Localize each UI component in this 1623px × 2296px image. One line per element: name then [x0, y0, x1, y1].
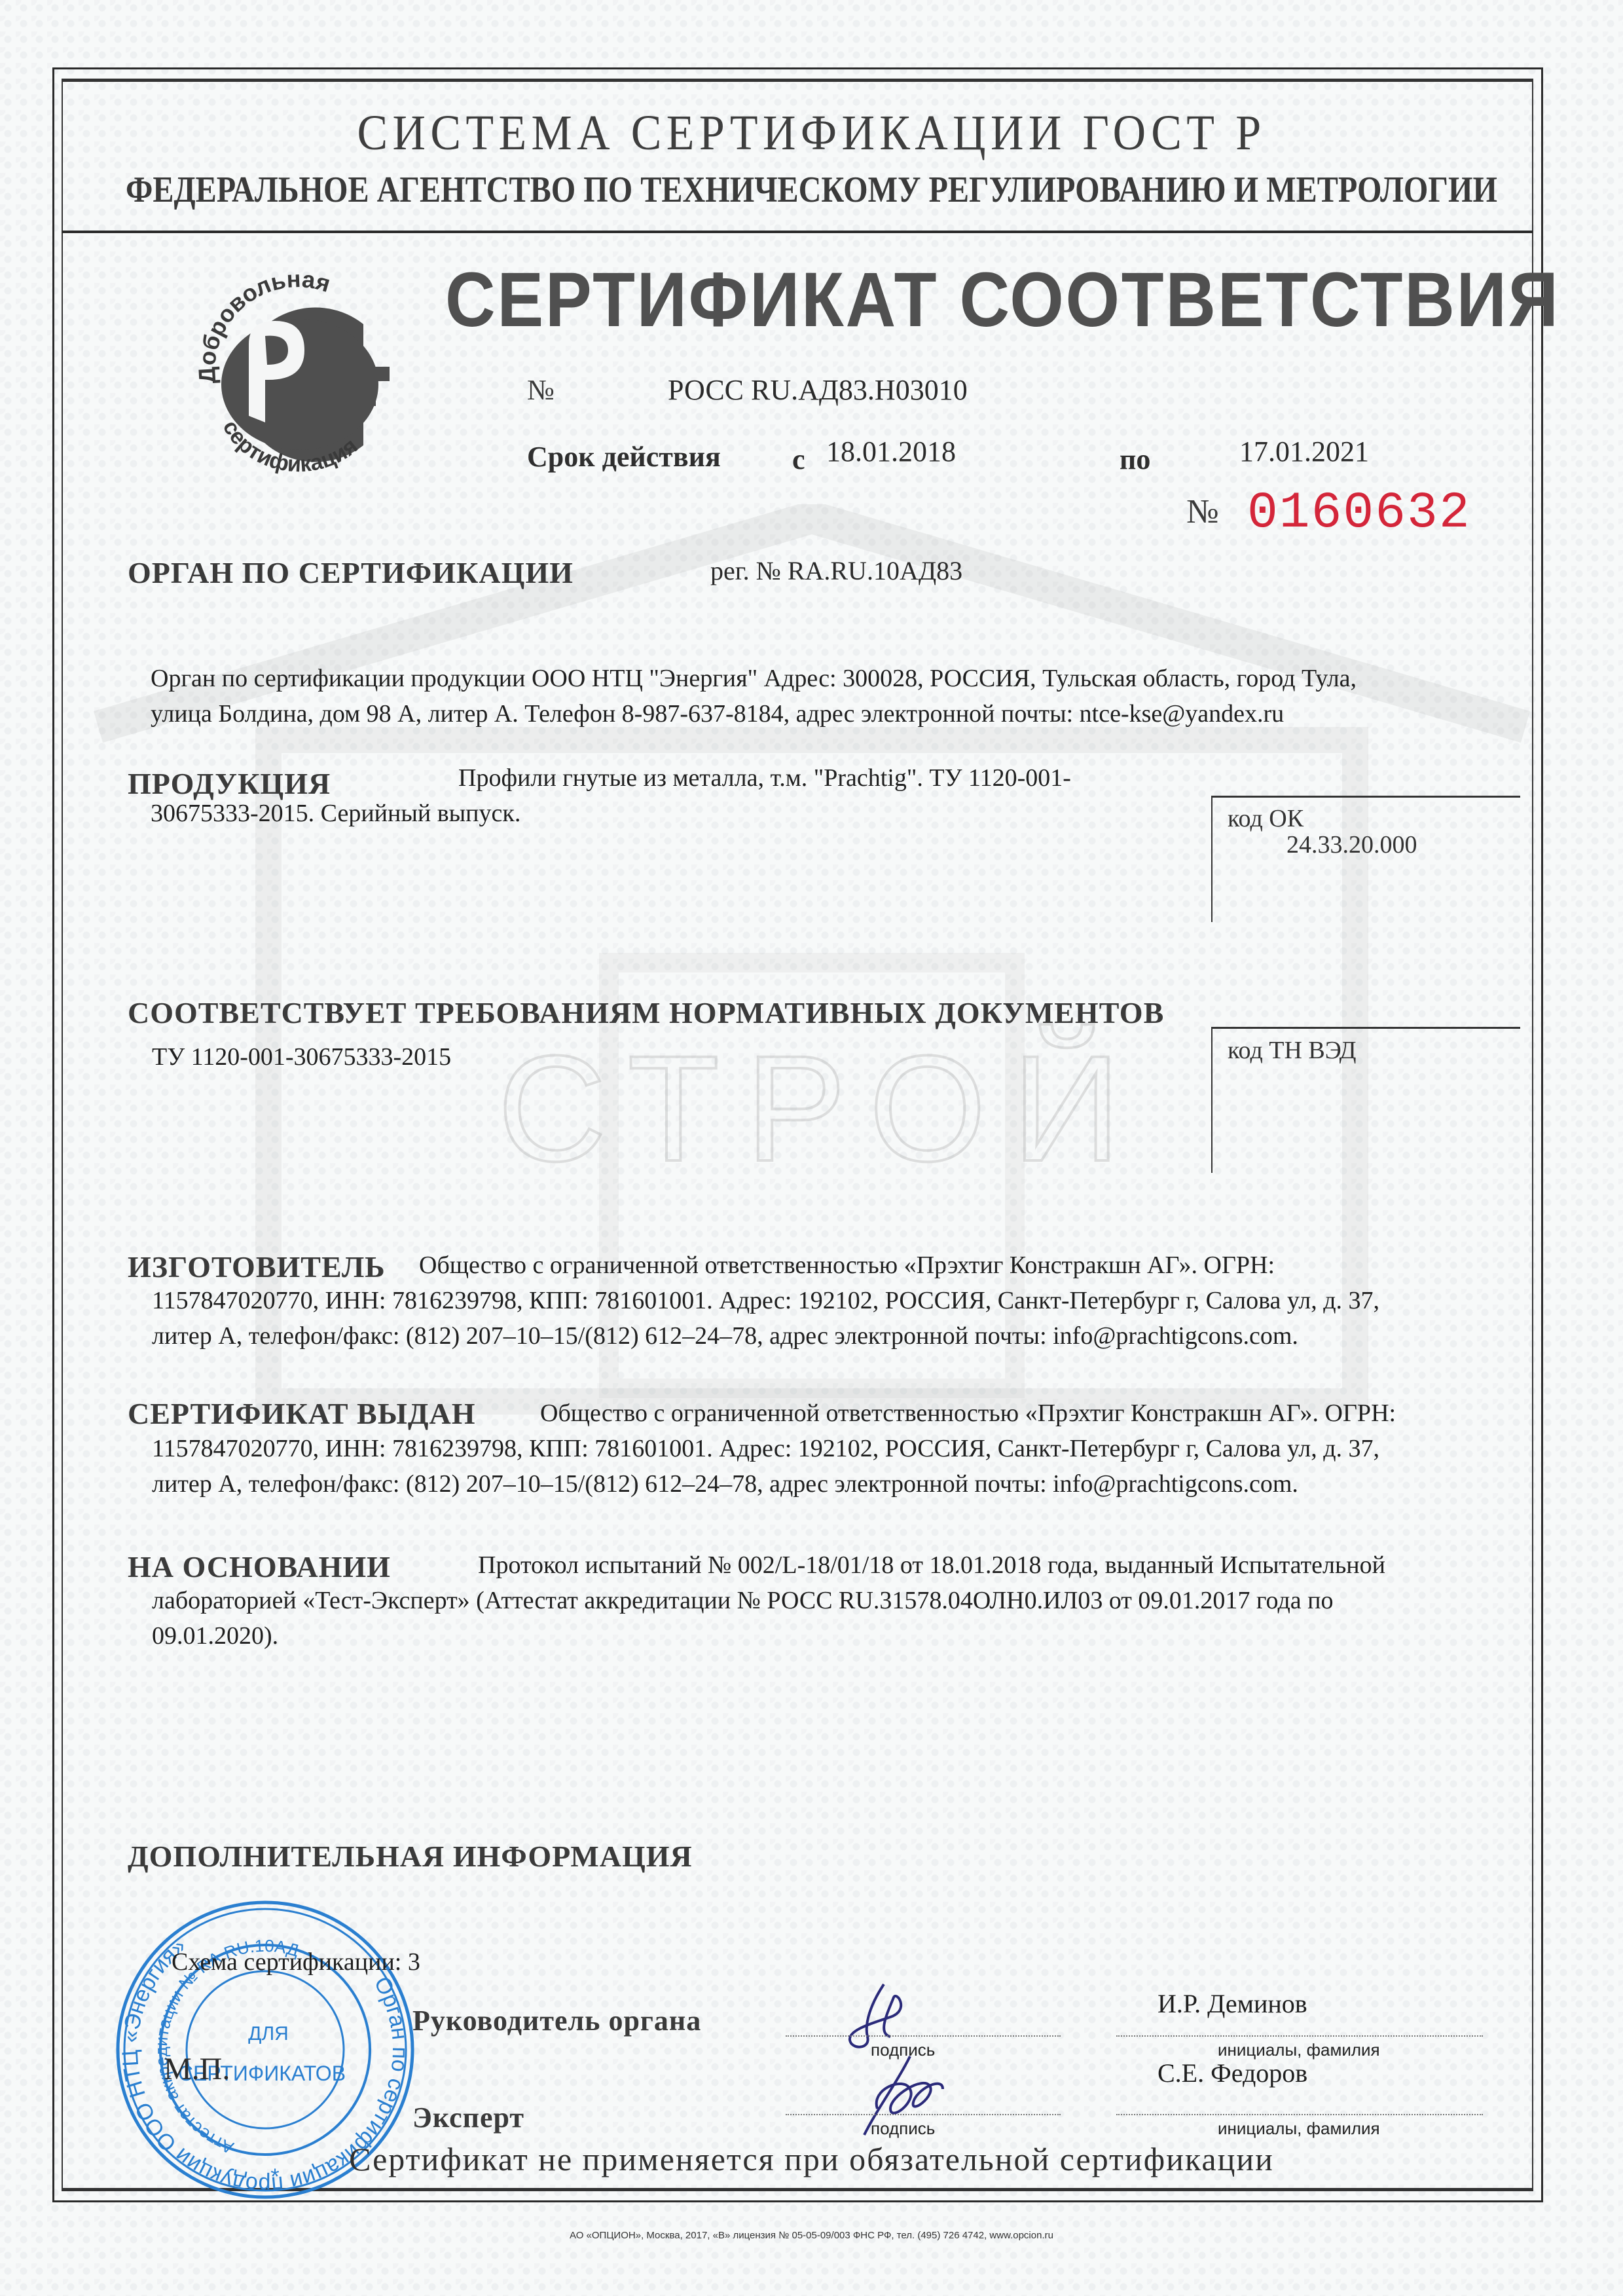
- additional-info-heading: ДОПОЛНИТЕЛЬНАЯ ИНФОРМАЦИЯ: [128, 1839, 693, 1874]
- mandatory-certification-note: Сертификат не применяется при обязательн…: [0, 2140, 1623, 2178]
- ok-code-label: код ОК: [1228, 804, 1304, 833]
- expert-name: С.Е. Федоров: [1158, 2050, 1307, 2097]
- basis-line-3: 09.01.2020).: [152, 1612, 278, 1659]
- form-serial-number: 0160632: [1247, 485, 1471, 542]
- issued-to-line-3: литер А, телефон/факс: (812) 207–10–15/(…: [152, 1460, 1298, 1508]
- product-line-1: Профили гнутые из металла, т.м. "Prachti…: [458, 754, 1071, 802]
- expert-signature-line: [786, 2114, 1061, 2115]
- head-of-body-label: Руководитель органа: [412, 2004, 701, 2037]
- stamp-center-line-1: ДЛЯ: [248, 2023, 289, 2045]
- seal-placeholder-label: М.П.: [164, 2051, 230, 2087]
- product-line-2: 30675333-2015. Серийный выпуск.: [151, 790, 520, 837]
- certificate-title: СЕРТИФИКАТ СООТВЕТСТВИЯ: [445, 255, 1560, 344]
- system-title: СИСТЕМА СЕРТИФИКАЦИИ ГОСТ Р: [65, 105, 1558, 162]
- expert-name-caption: инициалы, фамилия: [1218, 2119, 1380, 2139]
- number-label: №: [527, 373, 555, 407]
- validity-label: Срок действия: [527, 440, 721, 473]
- agency-title: ФЕДЕРАЛЬНОЕ АГЕНТСТВО ПО ТЕХНИЧЕСКОМУ РЕ…: [114, 169, 1510, 211]
- form-number-label: №: [1186, 492, 1219, 531]
- certification-body-reg-number: рег. № RA.RU.10АД83: [710, 555, 962, 586]
- head-name-line: [1116, 2035, 1483, 2037]
- tnved-code-label: код ТН ВЭД: [1228, 1036, 1357, 1065]
- certification-body-heading: ОРГАН ПО СЕРТИФИКАЦИИ: [128, 555, 574, 590]
- conformity-heading: СООТВЕТСТВУЕТ ТРЕБОВАНИЯМ НОРМАТИВНЫХ ДО…: [128, 995, 1164, 1030]
- ok-code-value: 24.33.20.000: [1286, 830, 1417, 859]
- head-of-body-name: И.Р. Деминов: [1158, 1980, 1307, 2028]
- rst-voluntary-certification-logo-icon: Добровольная сертификация: [190, 259, 406, 501]
- conformity-document: ТУ 1120-001-30675333-2015: [152, 1033, 451, 1081]
- header-separator: [62, 231, 1533, 233]
- head-signature-line: [786, 2035, 1061, 2037]
- head-signature-caption: подпись: [871, 2040, 935, 2060]
- certification-scheme: Схема сертификации: 3: [172, 1938, 420, 1986]
- validity-to-label: по: [1120, 443, 1150, 476]
- manufacturer-line-3: литер А, телефон/факс: (812) 207–10–15/(…: [152, 1312, 1298, 1360]
- certification-body-line-2: улица Болдина, дом 98 А, литер А. Телефо…: [151, 690, 1284, 737]
- certificate-number: РОСС RU.АД83.Н03010: [668, 373, 968, 407]
- expert-name-line: [1116, 2114, 1483, 2115]
- validity-from-label: с: [792, 443, 805, 476]
- expert-label: Эксперт: [412, 2101, 524, 2134]
- valid-to-date: 17.01.2021: [1239, 435, 1369, 468]
- valid-from-date: 18.01.2018: [826, 435, 956, 468]
- expert-signature-caption: подпись: [871, 2119, 935, 2139]
- basis-line-2: лабораторией «Тест-Эксперт» (Аттестат ак…: [152, 1577, 1334, 1624]
- printer-imprint: АО «ОПЦИОН», Москва, 2017, «В» лицензия …: [0, 2230, 1623, 2241]
